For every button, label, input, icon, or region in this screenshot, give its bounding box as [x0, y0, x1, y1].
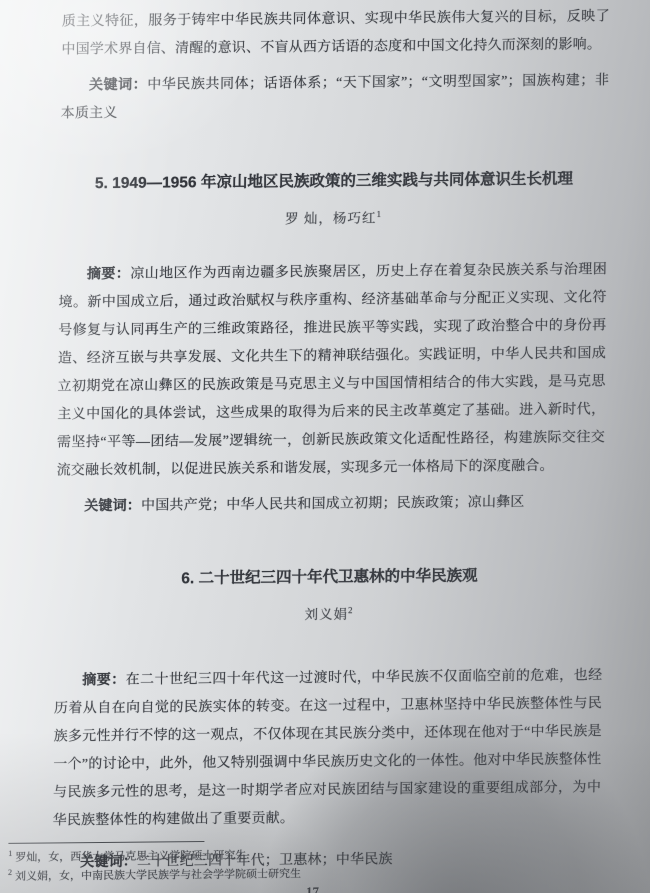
keywords-label: 关键词： [84, 497, 141, 514]
article6-authors: 刘义娟2 [55, 600, 603, 625]
abstract-text: 在二十世纪三四十年代这一过渡时代，中华民族不仅面临空前的危难，也经历着从自在向自… [53, 668, 603, 828]
article5-abstract: 摘要：凉山地区作为西南边疆多民族聚居区，历史上存在着复杂民族关系与治理困境。新中… [56, 254, 607, 485]
page-number: 17 [306, 884, 319, 893]
author-footnote-marker: 2 [348, 605, 354, 615]
footnote-separator-line [8, 841, 204, 844]
footnote-marker: 2 [8, 868, 12, 877]
abstract-text: 凉山地区作为西南边疆多民族聚居区，历史上存在着复杂民族关系与治理困境。新中国成立… [57, 262, 607, 478]
text-column: 质主义特征，服务于铸牢中华民族共同体意识、实现中华民族伟大复兴的目标，反映了中国… [52, 3, 610, 877]
keywords-line-top: 关键词：中华民族共同体；话语体系；“天下国家”；“文明型国家”；国族构建；非本质… [61, 65, 610, 128]
previous-abstract-continuation: 质主义特征，服务于铸牢中华民族共同体意识、实现中华民族伟大复兴的目标，反映了中国… [61, 3, 610, 64]
article5-authors: 罗 灿，杨巧红1 [59, 204, 607, 229]
keywords-text: 中国共产党；中华人民共和国成立初期；民族政策；凉山彝区 [141, 495, 525, 514]
keywords-label: 关键词： [89, 76, 147, 93]
footnote-text: 罗灿，女，西华大学马克思主义学院硕士研究生 [15, 850, 246, 864]
footnote-2: 2刘义娟，女，中南民族大学民族学与社会学学院硕士研究生 [8, 862, 580, 886]
article6-title: 6. 二十世纪三四十年代卫惠林的中华民族观 [55, 564, 603, 591]
article5-keywords: 关键词：中国共产党；中华人民共和国成立初期；民族政策；凉山彝区 [56, 486, 604, 521]
footnote-marker: 1 [8, 849, 12, 858]
author-names: 罗 灿，杨巧红 [285, 210, 377, 226]
author-names: 刘义娟 [304, 607, 348, 622]
article5-title: 5. 1949—1956 年凉山地区民族政策的三维实践与共同体意识生长机理 [60, 168, 608, 195]
abstract-label: 摘要： [87, 265, 131, 281]
paragraph-text: 质主义特征，服务于铸牢中华民族共同体意识、实现中华民族伟大复兴的目标，反映了中国… [61, 9, 610, 57]
article6-abstract: 摘要：在二十世纪三四十年代这一过渡时代，中华民族不仅面临空前的危难，也经历着从自… [53, 660, 603, 835]
author-footnote-marker: 1 [376, 209, 382, 219]
document-page: 质主义特征，服务于铸牢中华民族共同体意识、实现中华民族伟大复兴的目标，反映了中国… [0, 0, 650, 893]
abstract-label: 摘要： [82, 671, 126, 687]
document-photo: 质主义特征，服务于铸牢中华民族共同体意识、实现中华民族伟大复兴的目标，反映了中国… [0, 0, 650, 893]
footnote-text: 刘义娟，女，中南民族大学民族学与社会学学院硕士研究生 [15, 868, 301, 883]
footnote-block: 1罗灿，女，西华大学马克思主义学院硕士研究生 2刘义娟，女，中南民族大学民族学与… [8, 837, 581, 886]
